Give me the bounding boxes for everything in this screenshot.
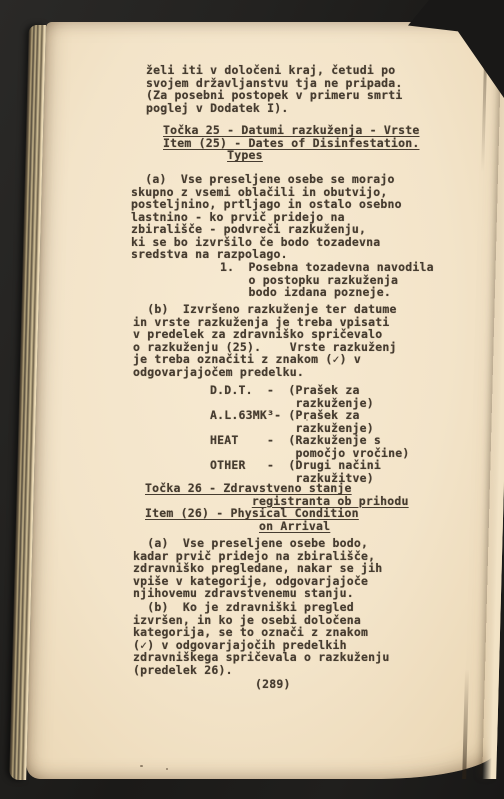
paragraph-25a-line: (a) Vse preseljene osebe se morajo xyxy=(131,173,402,186)
heading-tocka-25-line: Types xyxy=(163,149,419,162)
heading-tocka-26: Točka 26 - Zdravstveno stanje registrant… xyxy=(145,482,409,532)
paragraph-25b-line: je treba označiti z znakom (✓) v xyxy=(133,353,397,366)
paragraph-26b: (b) Ko je zdravniški pregledizvršen, in … xyxy=(133,601,389,676)
paragraph-25a-line: sredstva na razpolago. xyxy=(131,248,402,261)
paragraph-25b-line: odgovarjajočem predelku. xyxy=(133,366,397,379)
indent xyxy=(163,148,227,162)
paragraph-intro-line: poglej v Dodatek I). xyxy=(146,102,402,115)
paragraph-25a-line: posteljnino, prtljago in ostalo osebno xyxy=(131,198,402,211)
disinfestation-type-table-line: A.L.63MK³- (Prašek za xyxy=(210,409,409,422)
list-item-1: 1. Posebna tozadevna navodila o postopku… xyxy=(220,261,434,299)
paragraph-26b-line: kategorija, se to označi z znakom xyxy=(133,626,389,639)
paragraph-intro: želi iti v določeni kraj, četudi posvoje… xyxy=(146,64,402,114)
paragraph-intro-line: (Za posebni postopek v primeru smrti xyxy=(146,89,402,102)
disinfestation-type-table: D.D.T. - (Prašek za razkuženje)A.L.63MK³… xyxy=(210,384,409,484)
scanned-book-photo: želi iti v določeni kraj, četudi posvoje… xyxy=(0,0,504,799)
page-number-line: (289) xyxy=(255,678,291,691)
list-item-1-line: 1. Posebna tozadevna navodila xyxy=(220,261,434,274)
paragraph-26b-line: (b) Ko je zdravniški pregled xyxy=(133,601,389,614)
paragraph-25b: (b) Izvršeno razkuženje ter datumein vrs… xyxy=(133,303,397,378)
heading-tocka-26-line: on Arrival xyxy=(145,520,409,533)
disinfestation-type-table-line: HEAT - (Razkuženje s xyxy=(210,434,409,447)
disinfestation-type-table-line: OTHER - (Drugi načini xyxy=(210,459,409,472)
underlined-text: on Arrival xyxy=(259,519,330,533)
underlined-text: Types xyxy=(227,148,263,162)
paragraph-26a-line: (a) Vse preseljene osebe bodo, xyxy=(133,537,382,550)
paragraph-26b-line: (predelek 26). xyxy=(133,664,389,677)
paragraph-25a-line: zbirališče - podvreči razkuženju, xyxy=(131,223,402,236)
heading-tocka-25: Točka 25 - Datumi razkuženja - VrsteItem… xyxy=(163,124,419,162)
indent xyxy=(145,519,259,533)
paragraph-intro-line: želi iti v določeni kraj, četudi po xyxy=(146,64,402,77)
paragraph-26a: (a) Vse preseljene osebe bodo,kadar prvi… xyxy=(133,537,382,600)
paragraph-25b-line: (b) Izvršeno razkuženje ter datume xyxy=(133,303,397,316)
text-layer: želi iti v določeni kraj, četudi posvoje… xyxy=(0,0,504,799)
disinfestation-type-table-line: D.D.T. - (Prašek za xyxy=(210,384,409,397)
paragraph-25b-line: v predelek za zdravniško spričevalo xyxy=(133,328,397,341)
paragraph-25a: (a) Vse preseljene osebe se morajoskupno… xyxy=(131,173,402,261)
paragraph-26b-line: zdravniškega spričevala o razkuženju xyxy=(133,651,389,664)
page-number: (289) xyxy=(255,678,291,691)
list-item-1-line: bodo izdana pozneje. xyxy=(220,286,434,299)
paragraph-26a-line: zdravniško pregledane, nakar se jih xyxy=(133,562,382,575)
paragraph-26a-line: njihovemu zdravstvenemu stanju. xyxy=(133,587,382,600)
